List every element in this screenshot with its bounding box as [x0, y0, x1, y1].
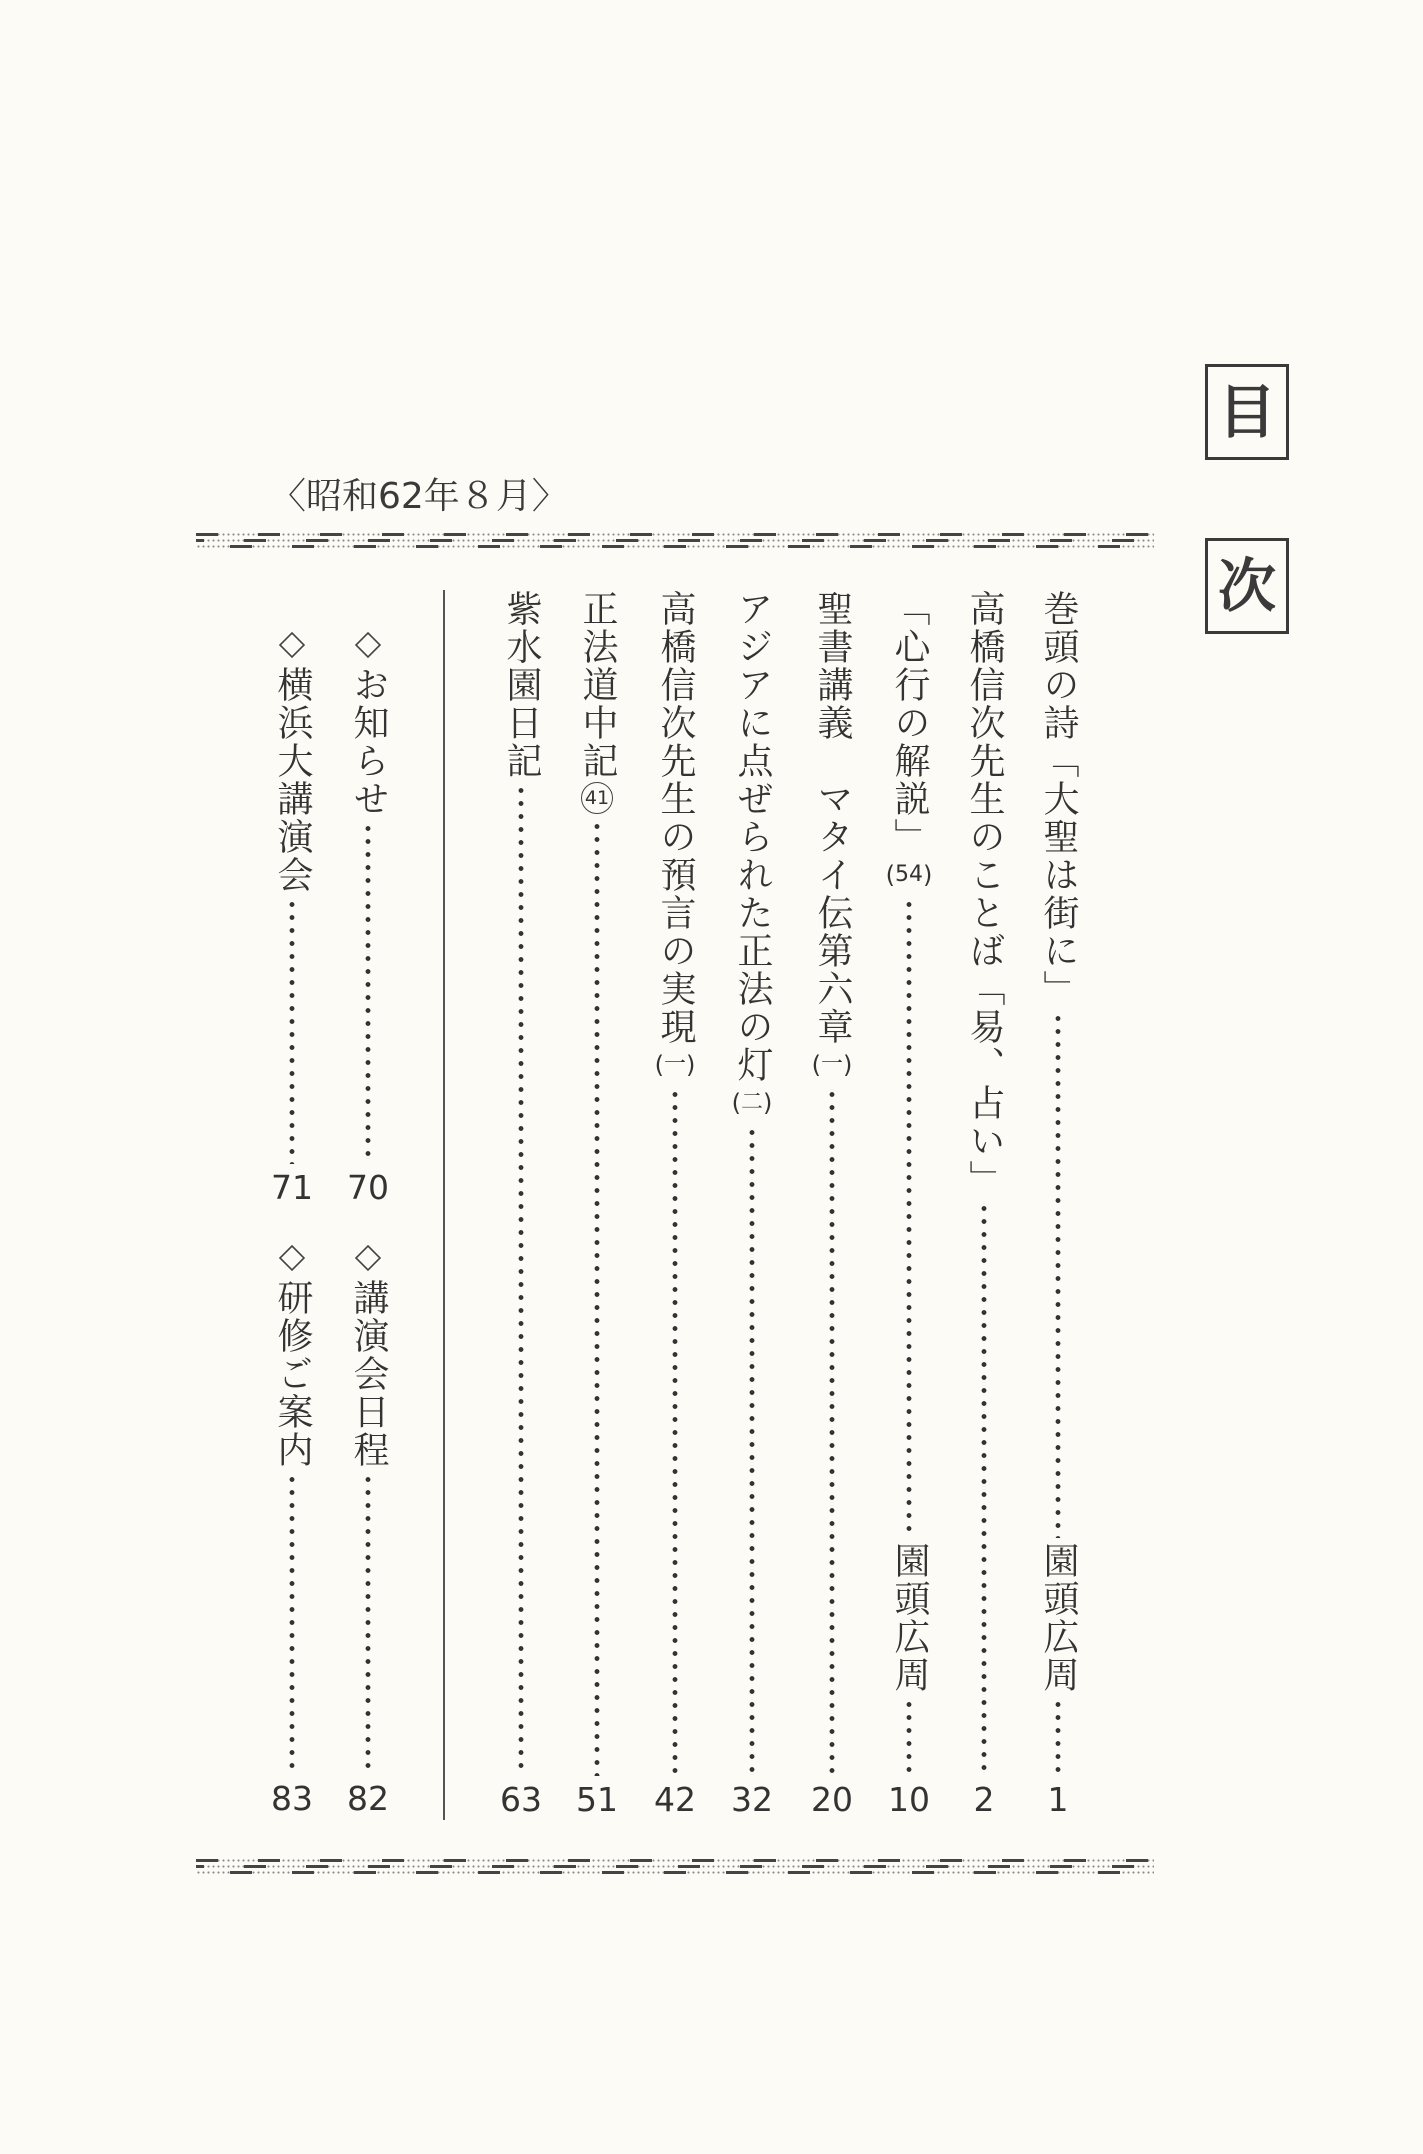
heading-char-1: 目	[1218, 383, 1276, 441]
diamond-bullet-icon	[279, 1245, 305, 1271]
toc-entry[interactable]: 巻頭の詩「大聖は街に」 園頭広周 1	[1035, 590, 1081, 1818]
notice-page: 71	[271, 1170, 313, 1206]
toc-entry-page: 42	[654, 1782, 696, 1818]
toc-entry-series-number: 一	[815, 1048, 849, 1082]
notice-entry[interactable]: お知らせ 70	[345, 628, 391, 1206]
toc-entry-page: 32	[731, 1782, 773, 1818]
toc-entry-title: 高橋信次先生の預言の実現	[652, 590, 698, 1046]
issue-date-label: 〈昭和62年８月〉	[270, 468, 568, 519]
toc-entry-author: 園頭広周	[886, 1542, 932, 1694]
dot-leader	[672, 1088, 678, 1776]
toc-entry-series-number: 41	[581, 782, 613, 814]
toc-entry[interactable]: 高橋信次先生のことば「易、占い」 2	[961, 590, 1007, 1818]
dot-leader	[906, 1698, 912, 1776]
bottom-decorative-rule	[196, 1859, 1154, 1874]
notice-page: 83	[271, 1781, 313, 1817]
toc-entry-page: 10	[888, 1782, 930, 1818]
dot-leader	[749, 1126, 755, 1776]
notice-title: 研修ご案内	[269, 1279, 315, 1469]
toc-entry-title: 正法道中記	[574, 590, 620, 780]
toc-entry[interactable]: 聖書講義 マタイ伝第六章 一 20	[809, 590, 855, 1818]
toc-entry-title: 紫水園日記	[498, 590, 544, 780]
toc-entry-page: 2	[974, 1782, 995, 1818]
toc-entry-title: アジアに点ぜられた正法の灯	[729, 590, 775, 1084]
toc-entry[interactable]: アジアに点ぜられた正法の灯 二 32	[729, 590, 775, 1818]
toc-entry[interactable]: 「心行の解説」 54 園頭広周 10	[886, 590, 932, 1818]
toc-entry-title: 高橋信次先生のことば「易、占い」	[961, 590, 1007, 1198]
toc-entry-title: 「心行の解説」	[886, 590, 932, 856]
notice-entry[interactable]: 横浜大講演会 71	[269, 628, 315, 1206]
toc-entry-title: 巻頭の詩「大聖は街に」	[1035, 590, 1081, 1008]
toc-entry-series-number: 一	[658, 1048, 692, 1082]
toc-entry-page: 63	[500, 1782, 542, 1818]
dot-leader	[365, 1473, 371, 1775]
notice-entry[interactable]: 講演会日程 82	[345, 1241, 391, 1817]
toc-entry[interactable]: 高橋信次先生の預言の実現 一 42	[652, 590, 698, 1818]
toc-entry-page: 20	[811, 1782, 853, 1818]
dot-leader	[829, 1088, 835, 1776]
dot-leader	[365, 822, 371, 1164]
notice-title: 講演会日程	[345, 1279, 391, 1469]
notice-entry[interactable]: 研修ご案内 83	[269, 1241, 315, 1817]
dot-leader	[1055, 1698, 1061, 1776]
notice-page: 82	[347, 1781, 389, 1817]
section-divider	[443, 590, 445, 1820]
notice-title: お知らせ	[345, 666, 391, 818]
toc-entry-page: 1	[1048, 1782, 1069, 1818]
dot-leader	[518, 784, 524, 1776]
heading-box-ji: 次	[1205, 538, 1289, 634]
toc-entry-series-number: 二	[735, 1086, 769, 1120]
dot-leader	[289, 898, 295, 1164]
toc-entry-title: 聖書講義 マタイ伝第六章	[809, 590, 855, 1046]
heading-box-moku: 目	[1205, 364, 1289, 460]
dot-leader	[594, 820, 600, 1776]
diamond-bullet-icon	[355, 1245, 381, 1271]
dot-leader	[1055, 1012, 1061, 1538]
diamond-bullet-icon	[355, 632, 381, 658]
diamond-bullet-icon	[279, 632, 305, 658]
dot-leader	[906, 898, 912, 1538]
toc-entry-series-number: 54	[892, 858, 926, 892]
toc-entry-author: 園頭広周	[1035, 1542, 1081, 1694]
dot-leader	[289, 1473, 295, 1775]
notice-page: 70	[347, 1170, 389, 1206]
toc-entry-page: 51	[576, 1782, 618, 1818]
heading-char-2: 次	[1218, 557, 1276, 615]
top-decorative-rule	[196, 533, 1154, 548]
toc-entry[interactable]: 正法道中記 41 51	[574, 590, 620, 1818]
toc-entry[interactable]: 紫水園日記 63	[498, 590, 544, 1818]
dot-leader	[981, 1202, 987, 1776]
notice-title: 横浜大講演会	[269, 666, 315, 894]
